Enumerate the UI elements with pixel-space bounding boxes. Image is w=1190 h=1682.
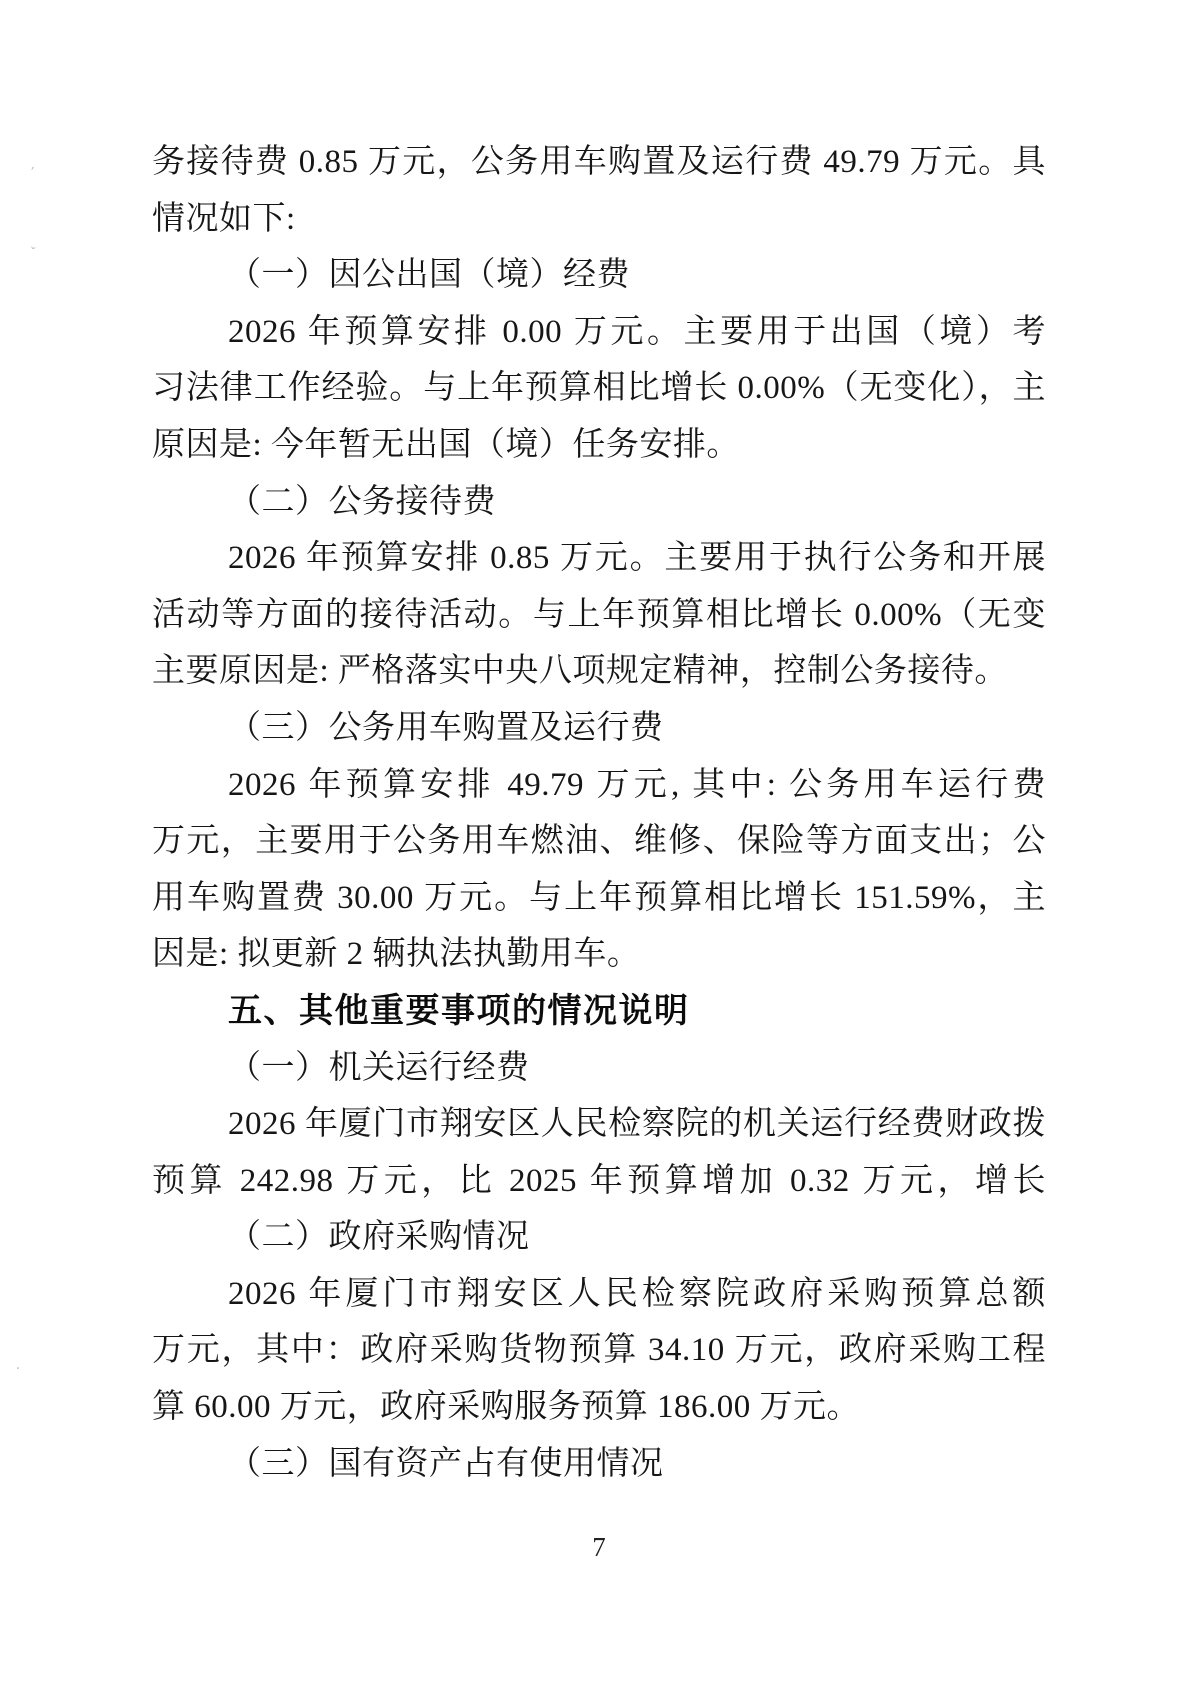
- scan-artifact: ٠: [12, 1361, 23, 1376]
- text-line: （二）政府采购情况: [152, 1209, 1046, 1266]
- text-line: （三）国有资产占有使用情况: [152, 1436, 1046, 1493]
- text-line: 原因是: 今年暂无出国（境）任务安排。: [152, 417, 1046, 474]
- text-line: 算 60.00 万元，政府采购服务预算 186.00 万元。: [152, 1379, 1046, 1436]
- text-line: 用车购置费 30.00 万元。与上年预算相比增长 151.59%，主要原: [152, 870, 1046, 927]
- text-line: 2026 年预算安排 0.85 万元。主要用于执行公务和开展业务: [152, 530, 1046, 587]
- text-line: （一）机关运行经费: [152, 1040, 1046, 1097]
- document-page: ʹ ˬ ٠ 务接待费 0.85 万元，公务用车购置及运行费 49.79 万元。具…: [0, 0, 1190, 1682]
- section-heading: 五、其他重要事项的情况说明: [152, 983, 1046, 1040]
- text-line: 活动等方面的接待活动。与上年预算相比增长 0.00%（无变化），: [152, 587, 1046, 644]
- text-line: 2026 年预算安排 49.79 万元, 其中: 公务用车运行费 19.79: [152, 757, 1046, 814]
- text-line: 因是: 拟更新 2 辆执法执勤用车。: [152, 926, 1046, 983]
- page-number: 7: [152, 1524, 1046, 1570]
- text-block: 务接待费 0.85 万元，公务用车购置及运行费 49.79 万元。具体情况如下:…: [152, 134, 1046, 1492]
- text-line: （一）因公出国（境）经费: [152, 247, 1046, 304]
- text-line: （三）公务用车购置及运行费: [152, 700, 1046, 757]
- text-line: 2026 年预算安排 0.00 万元。主要用于出国（境）考察、学: [152, 304, 1046, 361]
- text-line: 万元，其中：政府采购货物预算 34.10 万元，政府采购工程预: [152, 1322, 1046, 1379]
- text-line: 情况如下:: [152, 191, 1046, 248]
- scan-artifact: ˬ: [30, 236, 38, 251]
- text-line: （二）公务接待费: [152, 474, 1046, 531]
- text-line: 2026 年厦门市翔安区人民检察院政府采购预算总额 280.10: [152, 1266, 1046, 1323]
- text-line: 主要原因是: 严格落实中央八项规定精神，控制公务接待。: [152, 643, 1046, 700]
- text-line: 习法律工作经验。与上年预算相比增长 0.00%（无变化），主要: [152, 360, 1046, 417]
- text-line: 务接待费 0.85 万元，公务用车购置及运行费 49.79 万元。具体: [152, 134, 1046, 191]
- text-line: 2026 年厦门市翔安区人民检察院的机关运行经费财政拨款: [152, 1096, 1046, 1153]
- text-line: 万元，主要用于公务用车燃油、维修、保险等方面支出；公务: [152, 813, 1046, 870]
- scan-artifact: ʹ: [28, 166, 34, 180]
- text-line: 预算 242.98 万元，比 2025 年预算增加 0.32 万元，增长 0.1…: [152, 1153, 1046, 1210]
